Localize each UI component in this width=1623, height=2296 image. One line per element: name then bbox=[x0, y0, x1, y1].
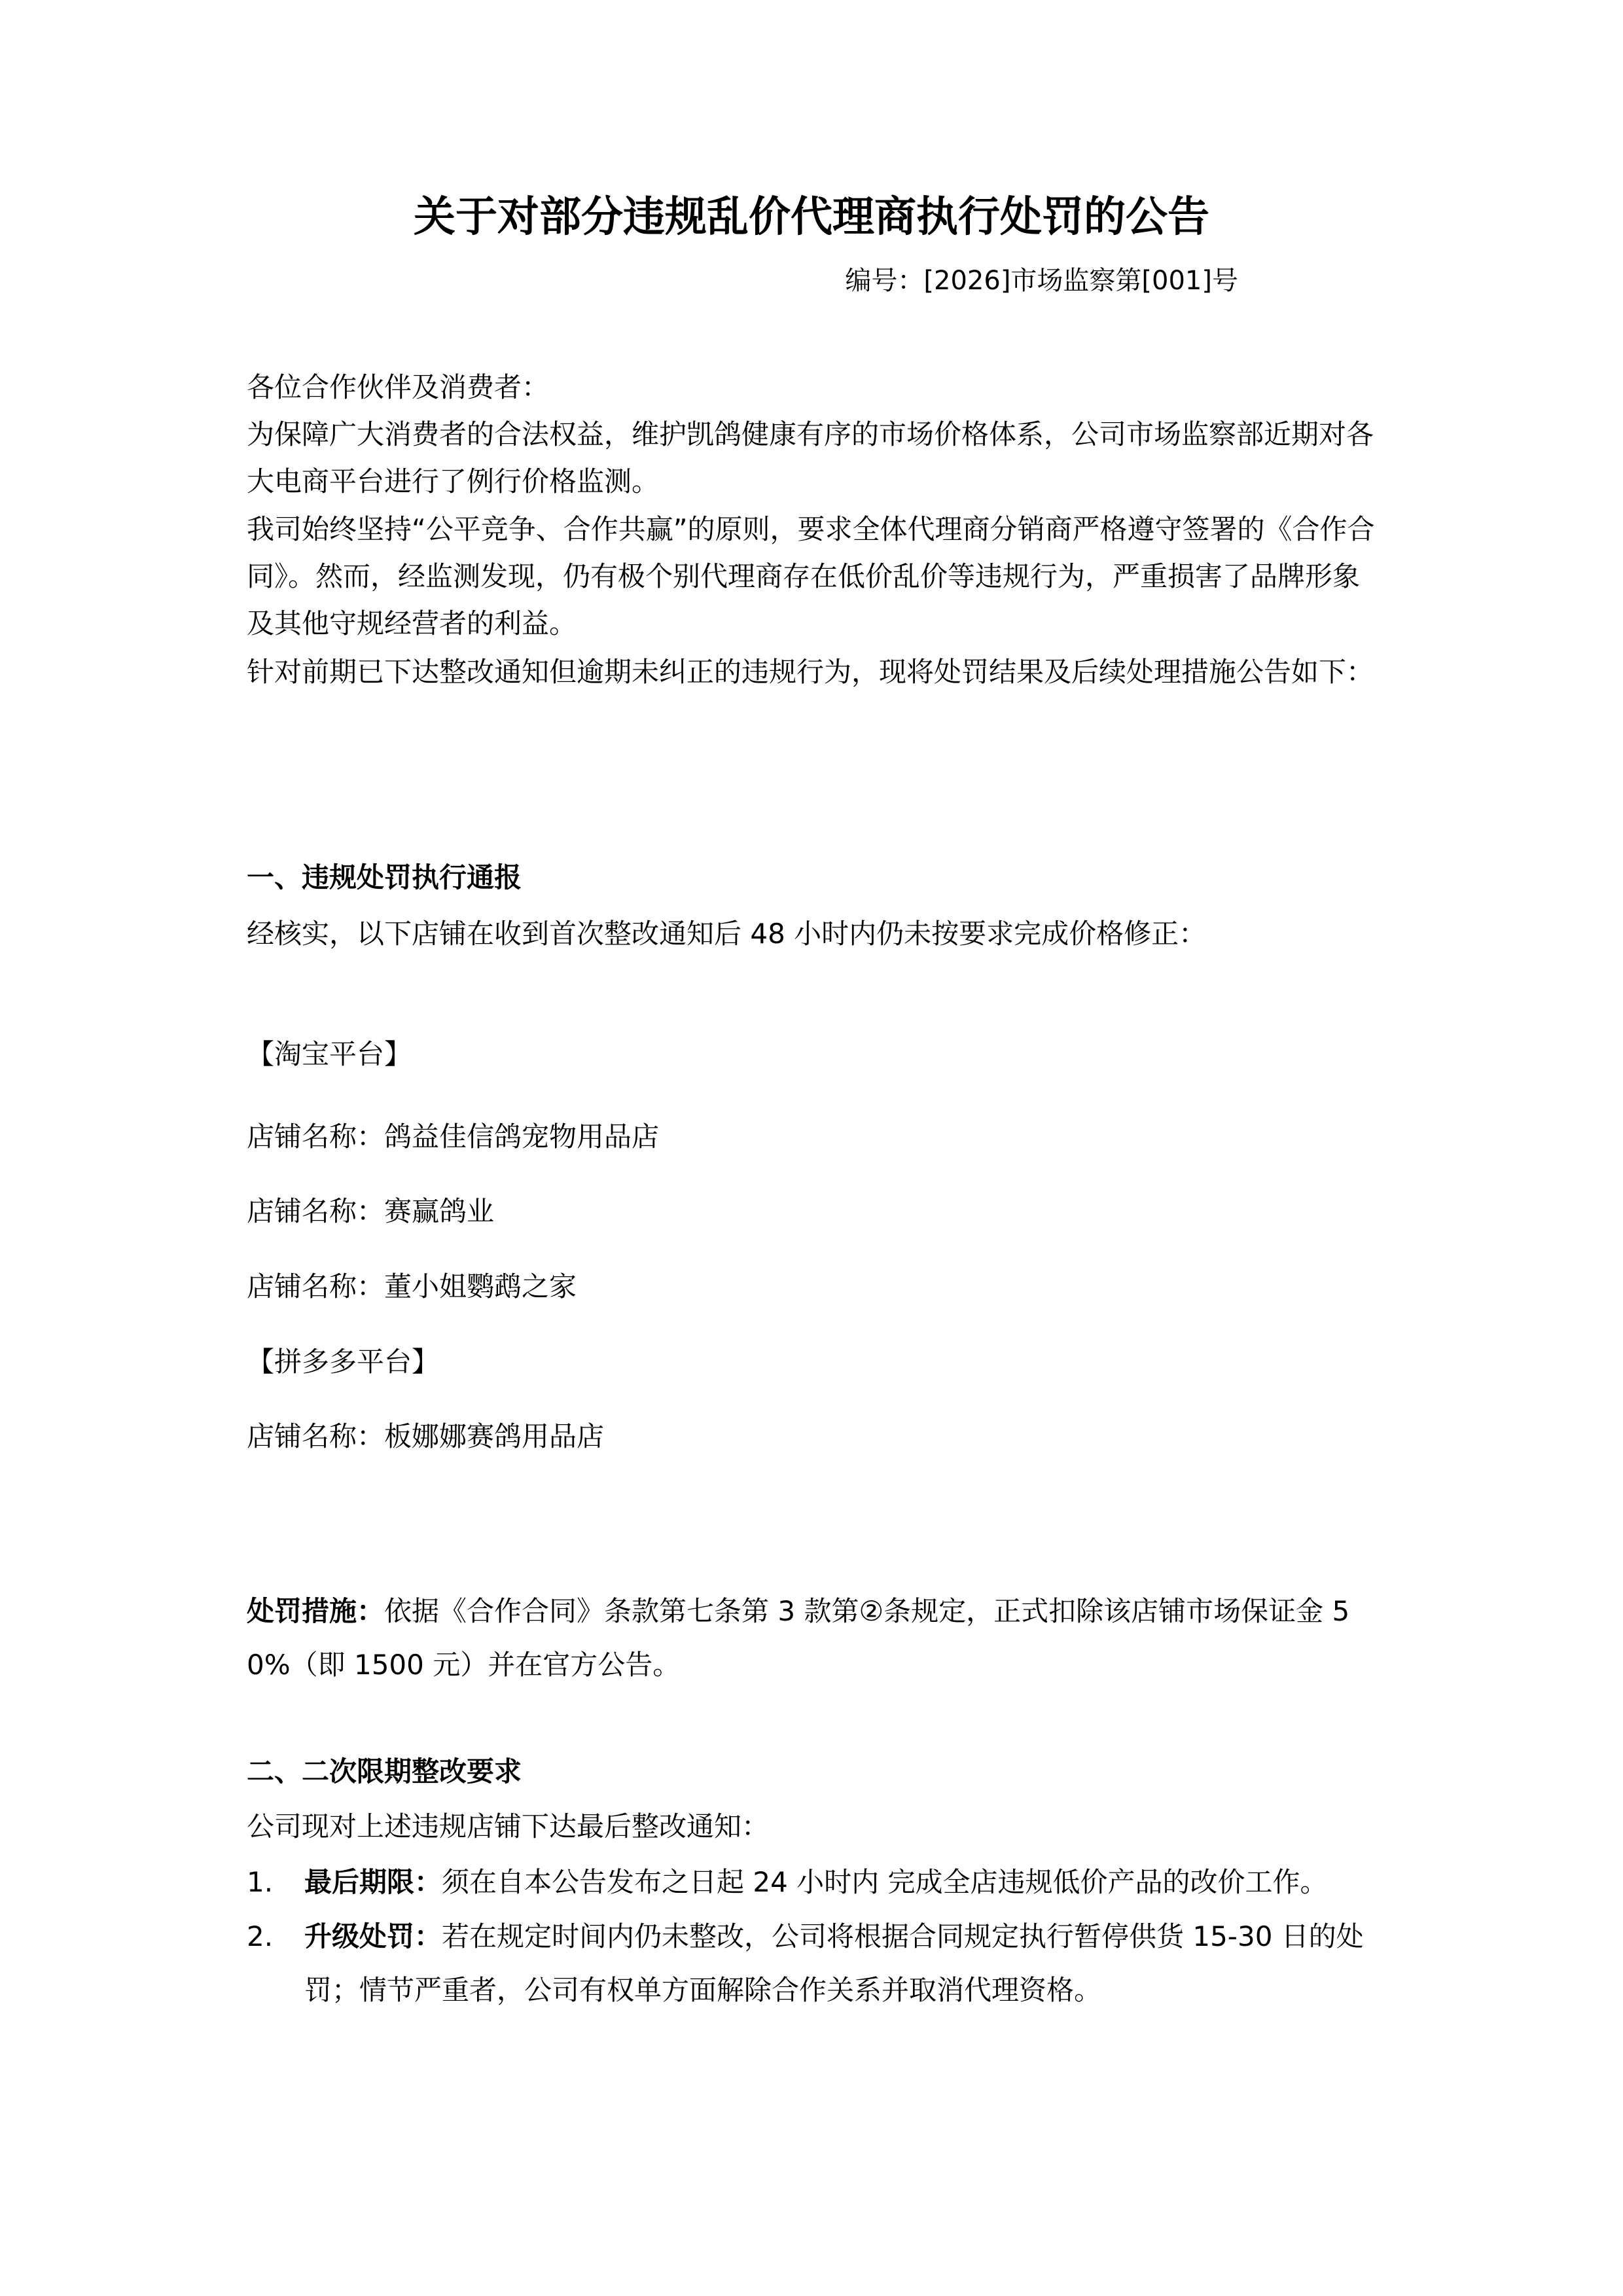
shop-entry: 店铺名称：董小姐鹦鹉之家 bbox=[247, 1263, 577, 1310]
list-body: 最后期限：须在自本公告发布之日起 24 小时内 完成全店违规低价产品的改价工作。 bbox=[304, 1855, 1385, 1910]
list-item-2: 2. 升级处罚：若在规定时间内仍未整改，公司将根据合同规定执行暂停供货 15-3… bbox=[247, 1910, 1385, 2017]
shop-name: 板娜娜赛鸽用品店 bbox=[384, 1420, 604, 1452]
section1-intro: 经核实，以下店铺在收到首次整改通知后 48 小时内仍未按要求完成价格修正： bbox=[247, 910, 1385, 958]
list-number: 1. bbox=[247, 1855, 304, 1910]
shop-label: 店铺名称： bbox=[247, 1270, 384, 1302]
penalty-paragraph: 处罚措施：依据《合作合同》条款第七条第 3 款第②条规定，正式扣除该店铺市场保证… bbox=[247, 1585, 1385, 1692]
penalty-label: 处罚措施： bbox=[247, 1595, 384, 1627]
intro-paragraph-2: 我司始终坚持“公平竞争、合作共赢”的原则，要求全体代理商分销商严格遵守签署的《合… bbox=[247, 506, 1385, 647]
section2-intro: 公司现对上述违规店铺下达最后整改通知： bbox=[247, 1803, 1385, 1850]
list-body: 升级处罚：若在规定时间内仍未整改，公司将根据合同规定执行暂停供货 15-30 日… bbox=[304, 1910, 1385, 2017]
shop-label: 店铺名称： bbox=[247, 1195, 384, 1227]
platform-label-taobao: 【淘宝平台】 bbox=[247, 1031, 412, 1078]
list-item-1: 1. 最后期限：须在自本公告发布之日起 24 小时内 完成全店违规低价产品的改价… bbox=[247, 1855, 1385, 1910]
platform-label-pinduoduo: 【拼多多平台】 bbox=[247, 1338, 439, 1386]
list-text: 须在自本公告发布之日起 24 小时内 完成全店违规低价产品的改价工作。 bbox=[442, 1866, 1328, 1898]
shop-entry: 店铺名称：鸽益佳信鸽宠物用品店 bbox=[247, 1113, 659, 1160]
shop-label: 店铺名称： bbox=[247, 1420, 384, 1452]
list-label: 升级处罚： bbox=[304, 1920, 442, 1952]
list-number: 2. bbox=[247, 1910, 304, 1964]
intro-paragraph-3: 针对前期已下达整改通知但逾期未纠正的违规行为，现将处罚结果及后续处理措施公告如下… bbox=[247, 649, 1385, 696]
shop-name: 鸽益佳信鸽宠物用品店 bbox=[384, 1121, 659, 1153]
list-text: 若在规定时间内仍未整改，公司将根据合同规定执行暂停供货 15-30 日的处罚；情… bbox=[304, 1920, 1364, 2006]
list-label: 最后期限： bbox=[304, 1866, 442, 1898]
serial-number: 编号：[2026]市场监察第[001]号 bbox=[845, 259, 1238, 303]
shop-entry: 店铺名称：板娜娜赛鸽用品店 bbox=[247, 1413, 604, 1460]
penalty-text: 依据《合作合同》条款第七条第 3 款第②条规定，正式扣除该店铺市场保证金 50%… bbox=[247, 1595, 1349, 1681]
greeting: 各位合作伙伴及消费者： bbox=[247, 364, 1385, 411]
shop-entry: 店铺名称：赛赢鸽业 bbox=[247, 1188, 494, 1235]
shop-name: 赛赢鸽业 bbox=[384, 1195, 494, 1227]
document-page: 关于对部分违规乱价代理商执行处罚的公告 编号：[2026]市场监察第[001]号… bbox=[0, 0, 1623, 2296]
document-title: 关于对部分违规乱价代理商执行处罚的公告 bbox=[0, 185, 1623, 250]
section1-heading: 一、违规处罚执行通报 bbox=[247, 854, 1385, 901]
shop-label: 店铺名称： bbox=[247, 1121, 384, 1153]
shop-name: 董小姐鹦鹉之家 bbox=[384, 1270, 577, 1302]
intro-paragraph-1: 为保障广大消费者的合法权益，维护凯鸽健康有序的市场价格体系，公司市场监察部近期对… bbox=[247, 411, 1385, 505]
section2-heading: 二、二次限期整改要求 bbox=[247, 1748, 1385, 1795]
